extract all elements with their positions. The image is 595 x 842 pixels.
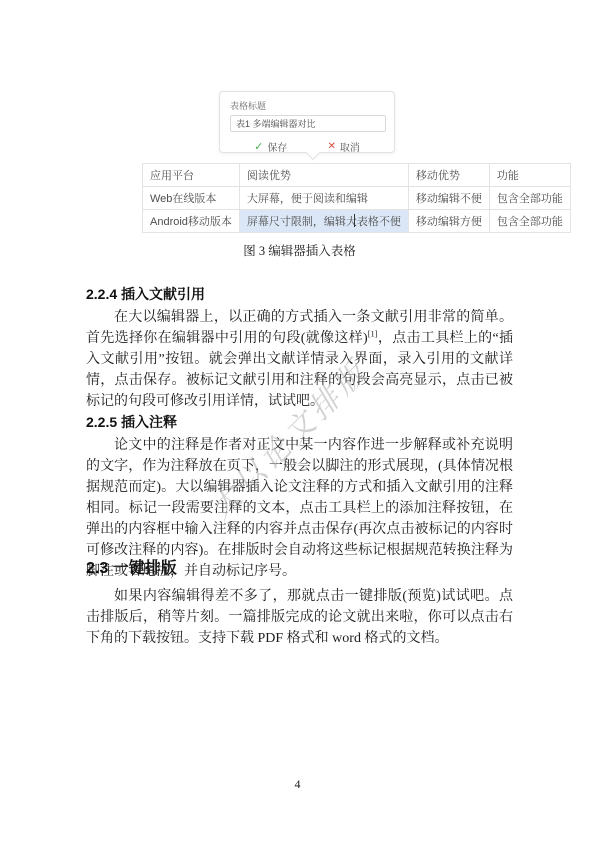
section-one-click-typeset: 2.3 一键排版 如果内容编辑得差不多了，那就点击一键排版(预览)试试吧。点击排… bbox=[86, 556, 513, 649]
table-title-input[interactable] bbox=[230, 115, 386, 132]
editor-screenshot-figure: 表格标题 ✓ 保存 ✕ 取消 应用平台 阅读优势 移动优势 bbox=[0, 0, 595, 260]
highlighted-cell-text: 屏幕尺寸限制，编辑大表格不便 bbox=[247, 216, 401, 228]
table-cell: 大屏幕，便于阅读和编辑 bbox=[239, 187, 408, 210]
table-cell: 移动编辑方便 bbox=[408, 210, 489, 233]
x-icon: ✕ bbox=[328, 141, 336, 152]
cancel-button[interactable]: ✕ 取消 bbox=[328, 139, 360, 154]
check-icon: ✓ bbox=[254, 140, 263, 153]
text-cursor bbox=[354, 214, 355, 227]
table-header-cell: 移动优势 bbox=[408, 164, 489, 187]
table-header-cell: 阅读优势 bbox=[239, 164, 408, 187]
section-heading: 2.3 一键排版 bbox=[86, 556, 513, 581]
save-button-label: 保存 bbox=[267, 139, 287, 154]
table-header-cell: 应用平台 bbox=[143, 164, 240, 187]
table-cell: 包含全部功能 bbox=[489, 187, 570, 210]
save-button[interactable]: ✓ 保存 bbox=[254, 139, 287, 154]
table-cell: Android移动版本 bbox=[143, 210, 240, 233]
section-heading: 2.2.4 插入文献引用 bbox=[86, 284, 513, 305]
section-paragraph: 如果内容编辑得差不多了，那就点击一键排版(预览)试试吧。点击排版后，稍等片刻。一… bbox=[86, 586, 513, 649]
figure-caption: 图 3 编辑器插入表格 bbox=[86, 241, 513, 259]
citation-superscript: [1] bbox=[368, 328, 378, 338]
table-header-cell: 功能 bbox=[489, 164, 570, 187]
section-paragraph: 在大以编辑器上，以正确的方式插入一条文献引用非常的简单。首先选择你在编辑器中引用… bbox=[86, 307, 513, 412]
table-cell: Web在线版本 bbox=[143, 187, 240, 210]
dialog-label: 表格标题 bbox=[220, 92, 394, 115]
section-heading: 2.2.5 插入注释 bbox=[86, 412, 513, 433]
comparison-table: 应用平台 阅读优势 移动优势 功能 Web在线版本 大屏幕，便于阅读和编辑 移动… bbox=[142, 163, 571, 233]
page-number: 4 bbox=[0, 777, 595, 792]
table-row: Web在线版本 大屏幕，便于阅读和编辑 移动编辑不便 包含全部功能 bbox=[143, 187, 571, 210]
table-row: Android移动版本 屏幕尺寸限制，编辑大表格不便 移动编辑方便 包含全部功能 bbox=[143, 210, 571, 233]
table-title-dialog: 表格标题 ✓ 保存 ✕ 取消 bbox=[219, 91, 395, 153]
table-header-row: 应用平台 阅读优势 移动优势 功能 bbox=[143, 164, 571, 187]
document-page: 表格标题 ✓ 保存 ✕ 取消 应用平台 阅读优势 移动优势 bbox=[0, 0, 595, 842]
table-cell-highlighted[interactable]: 屏幕尺寸限制，编辑大表格不便 bbox=[239, 210, 408, 233]
section-insert-citation: 2.2.4 插入文献引用 在大以编辑器上，以正确的方式插入一条文献引用非常的简单… bbox=[86, 284, 513, 412]
cancel-button-label: 取消 bbox=[340, 139, 360, 154]
table-cell: 包含全部功能 bbox=[489, 210, 570, 233]
table-cell: 移动编辑不便 bbox=[408, 187, 489, 210]
